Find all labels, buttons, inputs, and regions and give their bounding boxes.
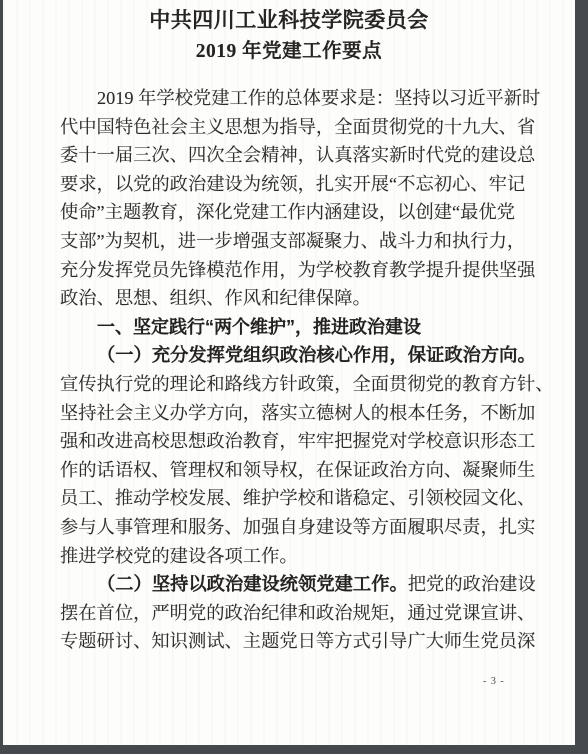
text-line: 摆在首位，严明党的政治纪律和政治规矩，通过党课宣讲、 — [60, 599, 540, 628]
text-run: （二）坚持以政治建设统领党建工作。 — [97, 574, 408, 594]
text-line: 强和改进高校思想政治教育，牢牢把握党对学校意识形态工 — [60, 427, 540, 456]
text-run: 要求，以党的政治建设为统领，扎实开展“不忘初心、牢记 — [60, 174, 525, 194]
text-line: 推进学校党的建设各项工作。 — [60, 542, 540, 571]
text-line: 2019 年学校党建工作的总体要求是：坚持以习近平新时 — [60, 84, 540, 113]
text-run: 支部”为契机，进一步增强支部凝聚力、战斗力和执行力， — [60, 231, 525, 251]
text-line: 参与人事管理和服务、加强自身建设等方面履职尽责，扎实 — [60, 513, 540, 542]
text-run: 2019 年学校党建工作的总体要求是：坚持以习近平新时 — [97, 88, 540, 108]
document-title-line-1: 中共四川工业科技学院委员会 — [3, 5, 575, 36]
text-line: 代中国特色社会主义思想为指导，全面贯彻党的十九大、省 — [60, 113, 540, 142]
page-number: - 3 - — [483, 676, 505, 687]
text-run: 作的话语权、管理权和领导权，在保证政治方向、凝聚师生 — [60, 460, 535, 480]
document-page: 中共四川工业科技学院委员会 2019 年党建工作要点 2019 年学校党建工作的… — [3, 0, 575, 745]
text-run: 宣传执行党的理论和路线方针政策，全面贯彻党的教育方针、 — [60, 374, 554, 394]
text-run: 参与人事管理和服务、加强自身建设等方面履职尽责，扎实 — [60, 517, 535, 537]
text-run: 政治、思想、组织、作风和纪律保障。 — [60, 288, 371, 308]
text-line: 政治、思想、组织、作风和纪律保障。 — [60, 284, 540, 313]
scanned-document-frame: 中共四川工业科技学院委员会 2019 年党建工作要点 2019 年学校党建工作的… — [0, 0, 588, 754]
text-line: 作的话语权、管理权和领导权，在保证政治方向、凝聚师生 — [60, 456, 540, 485]
text-run: 摆在首位，严明党的政治纪律和政治规矩，通过党课宣讲、 — [60, 603, 535, 623]
text-run: 委十一届三次、四次全会精神，认真落实新时代党的建设总 — [60, 145, 535, 165]
text-run: 坚持社会主义办学方向，落实立德树人的根本任务，不断加 — [60, 403, 535, 423]
text-line: 委十一届三次、四次全会精神，认真落实新时代党的建设总 — [60, 141, 540, 170]
text-line: （一）充分发挥党组织政治核心作用，保证政治方向。 — [60, 341, 540, 370]
text-run: 推进学校党的建设各项工作。 — [60, 546, 298, 566]
text-line: 充分发挥党员先锋模范作用，为学校教育教学提升提供坚强 — [60, 256, 540, 285]
text-run: 员工、推动学校发展、维护学校和谐稳定、引领校园文化、 — [60, 488, 535, 508]
text-run: 一、坚定践行“两个维护”，推进政治建设 — [97, 317, 421, 337]
document-body: 2019 年学校党建工作的总体要求是：坚持以习近平新时代中国特色社会主义思想为指… — [60, 84, 540, 656]
text-line: （二）坚持以政治建设统领党建工作。把党的政治建设 — [60, 570, 540, 599]
text-line: 支部”为契机，进一步增强支部凝聚力、战斗力和执行力， — [60, 227, 540, 256]
text-run: 使命”主题教育，深化党建工作内涵建设，以创建“最优党 — [60, 202, 515, 222]
text-run: 专题研讨、知识测试、主题党日等方式引导广大师生党员深 — [60, 631, 535, 651]
text-run: 把党的政治建设 — [408, 574, 536, 594]
document-title: 中共四川工业科技学院委员会 2019 年党建工作要点 — [3, 5, 575, 67]
text-run: （一）充分发挥党组织政治核心作用，保证政治方向。 — [97, 345, 536, 365]
text-line: 宣传执行党的理论和路线方针政策，全面贯彻党的教育方针、 — [60, 370, 540, 399]
document-title-line-2: 2019 年党建工作要点 — [3, 36, 575, 67]
text-line: 坚持社会主义办学方向，落实立德树人的根本任务，不断加 — [60, 399, 540, 428]
heading-line: 一、坚定践行“两个维护”，推进政治建设 — [60, 313, 540, 342]
text-line: 要求，以党的政治建设为统领，扎实开展“不忘初心、牢记 — [60, 170, 540, 199]
text-run: 充分发挥党员先锋模范作用，为学校教育教学提升提供坚强 — [60, 260, 535, 280]
text-run: 强和改进高校思想政治教育，牢牢把握党对学校意识形态工 — [60, 431, 535, 451]
text-run: 代中国特色社会主义思想为指导，全面贯彻党的十九大、省 — [60, 117, 535, 137]
text-line: 使命”主题教育，深化党建工作内涵建设，以创建“最优党 — [60, 198, 540, 227]
text-line: 专题研讨、知识测试、主题党日等方式引导广大师生党员深 — [60, 627, 540, 656]
text-line: 员工、推动学校发展、维护学校和谐稳定、引领校园文化、 — [60, 484, 540, 513]
